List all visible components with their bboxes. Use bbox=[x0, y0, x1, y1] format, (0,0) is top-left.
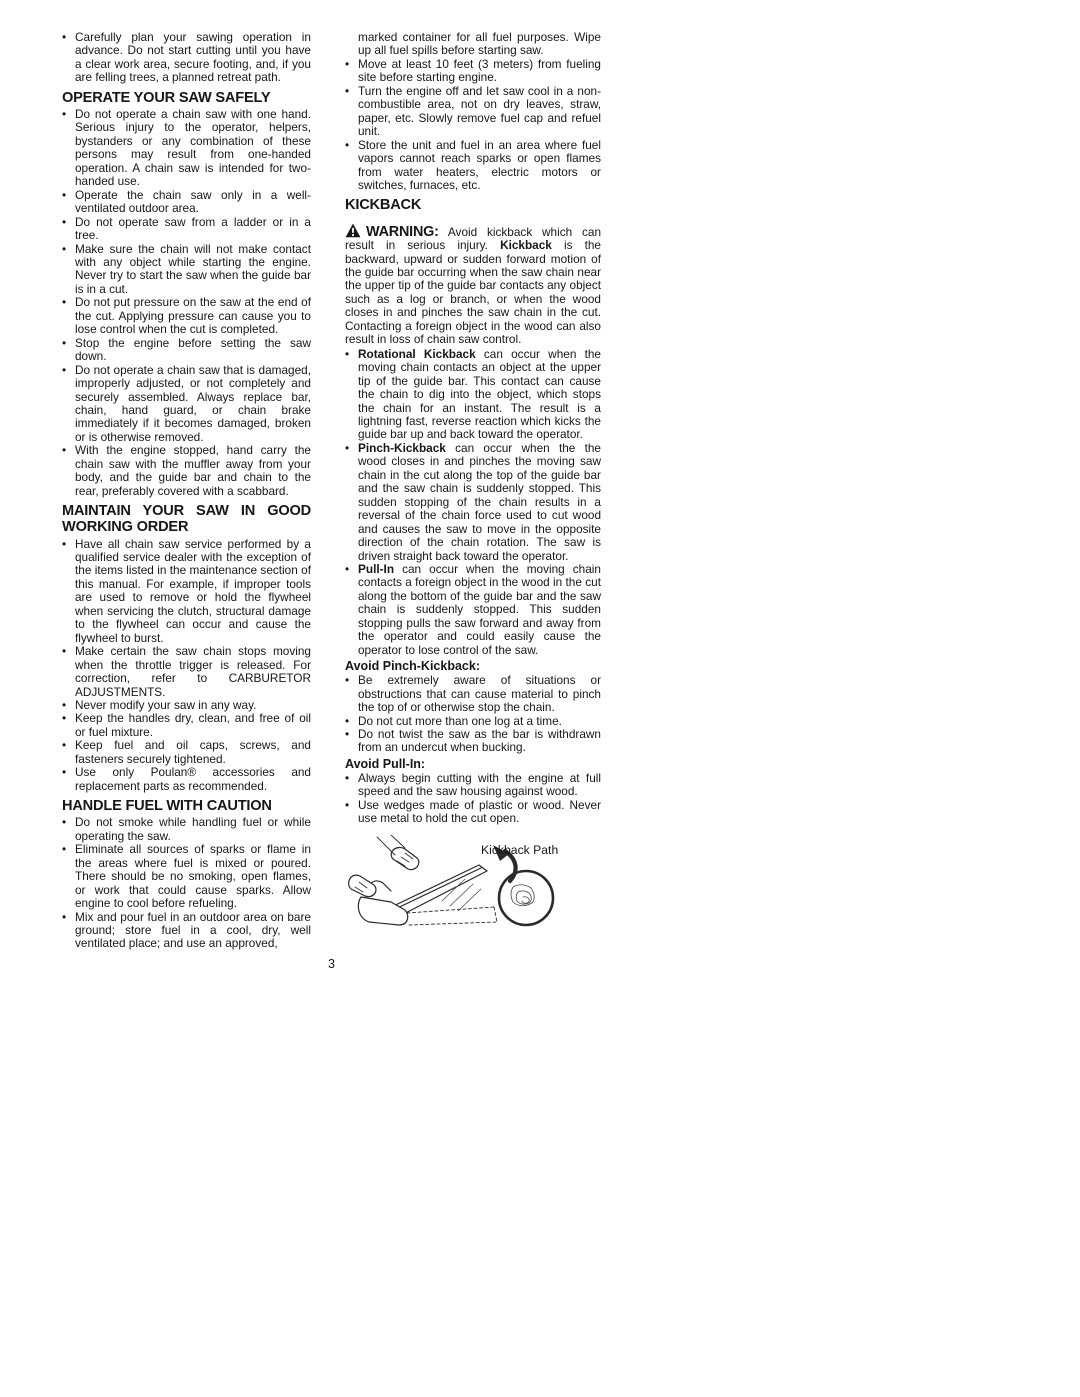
right-column: marked container for all fuel purposes. … bbox=[345, 31, 601, 937]
list-item: Have all chain saw service performed by … bbox=[62, 538, 311, 646]
warning-text: Kickback bbox=[500, 238, 552, 252]
list-item: Do not operate a chain saw with one hand… bbox=[62, 108, 311, 189]
paragraph-continuation: marked container for all fuel purposes. … bbox=[345, 31, 601, 58]
bullet-text: Store the unit and fuel in an area where… bbox=[358, 138, 601, 192]
list-item: Move at least 10 feet (3 meters) from fu… bbox=[345, 58, 601, 85]
manual-page: Carefully plan your sawing operation in … bbox=[0, 0, 1080, 1397]
bullet-list: Always begin cutting with the engine at … bbox=[345, 772, 601, 826]
bullet-text: Do not operate saw from a ladder or in a… bbox=[75, 215, 311, 242]
bullet-lead: Pull-In bbox=[358, 562, 394, 576]
list-item: Mix and pour fuel in an outdoor area on … bbox=[62, 911, 311, 951]
list-item: With the engine stopped, hand carry the … bbox=[62, 444, 311, 498]
bullet-text: Turn the engine off and let saw cool in … bbox=[358, 84, 601, 138]
list-item: Rotational Kickback can occur when the m… bbox=[345, 348, 601, 442]
bullet-text: Never modify your saw in any way. bbox=[75, 698, 256, 712]
list-item: Do not smoke while handling fuel or whil… bbox=[62, 816, 311, 843]
list-item: Keep fuel and oil caps, screws, and fast… bbox=[62, 739, 311, 766]
bullet-text: With the engine stopped, hand carry the … bbox=[75, 443, 311, 497]
bullet-text: Do not smoke while handling fuel or whil… bbox=[75, 815, 311, 842]
bullet-text: Move at least 10 feet (3 meters) from fu… bbox=[358, 57, 601, 84]
list-item: Operate the chain saw only in a well-ven… bbox=[62, 189, 311, 216]
bullet-text: Have all chain saw service performed by … bbox=[75, 537, 311, 645]
figure-caption: Kickback Path bbox=[481, 844, 558, 857]
section-heading: MAINTAIN YOUR SAW IN GOOD WORKING ORDER bbox=[62, 503, 311, 535]
list-item: Eliminate all sources of sparks or flame… bbox=[62, 843, 311, 910]
bullet-text: can occur when the moving chain contacts… bbox=[358, 562, 601, 657]
bullet-list: Be extremely aware of situations or obst… bbox=[345, 674, 601, 755]
list-item: Use wedges made of plastic or wood. Neve… bbox=[345, 799, 601, 826]
warning-icon bbox=[345, 223, 361, 238]
bullet-text: Use wedges made of plastic or wood. Neve… bbox=[358, 798, 601, 825]
list-item: Be extremely aware of situations or obst… bbox=[345, 674, 601, 714]
list-item: Store the unit and fuel in an area where… bbox=[345, 139, 601, 193]
list-item: Pull-In can occur when the moving chain … bbox=[345, 563, 601, 657]
bullet-text: Use only Poulan® accessories and replace… bbox=[75, 765, 311, 792]
warning-note: WARNING: Avoid kickback which can result… bbox=[345, 223, 601, 347]
bullet-text: Do not put pressure on the saw at the en… bbox=[75, 295, 311, 336]
section-heading: HANDLE FUEL WITH CAUTION bbox=[62, 798, 311, 814]
bullet-text: Keep fuel and oil caps, screws, and fast… bbox=[75, 738, 311, 765]
bullet-text: Eliminate all sources of sparks or flame… bbox=[75, 842, 311, 910]
bullet-text: can occur when the moving chain contacts… bbox=[358, 347, 601, 442]
list-item: Do not cut more than one log at a time. bbox=[345, 715, 601, 728]
bullet-text: Always begin cutting with the engine at … bbox=[358, 771, 601, 798]
bullet-text: Make sure the chain will not make contac… bbox=[75, 242, 311, 296]
section-heading: KICKBACK bbox=[345, 197, 601, 213]
list-item: Stop the engine before setting the saw d… bbox=[62, 337, 311, 364]
page-number: 3 bbox=[62, 957, 601, 971]
bullet-lead: Rotational Kickback bbox=[358, 347, 476, 361]
list-item: Pinch-Kickback can occur when the the wo… bbox=[345, 442, 601, 563]
list-item: Do not operate a chain saw that is damag… bbox=[62, 364, 311, 445]
bullet-text: Mix and pour fuel in an outdoor area on … bbox=[75, 910, 311, 951]
list-item: Do not put pressure on the saw at the en… bbox=[62, 296, 311, 336]
bullet-list: Carefully plan your sawing operation in … bbox=[62, 31, 311, 85]
bullet-list: Do not smoke while handling fuel or whil… bbox=[62, 816, 311, 951]
bullet-text: Do not operate a chain saw that is damag… bbox=[75, 363, 311, 444]
bullet-text: Be extremely aware of situations or obst… bbox=[358, 673, 601, 714]
list-item: Always begin cutting with the engine at … bbox=[345, 772, 601, 799]
list-item: Turn the engine off and let saw cool in … bbox=[345, 85, 601, 139]
list-item: Make certain the saw chain stops moving … bbox=[62, 645, 311, 699]
bullet-text: Do not cut more than one log at a time. bbox=[358, 714, 562, 728]
list-item: Do not twist the saw as the bar is withd… bbox=[345, 728, 601, 755]
bullet-list: Rotational Kickback can occur when the m… bbox=[345, 348, 601, 657]
bullet-text: Do not twist the saw as the bar is withd… bbox=[358, 727, 601, 754]
list-item: Never modify your saw in any way. bbox=[62, 699, 311, 712]
bullet-lead: Pinch-Kickback bbox=[358, 441, 446, 455]
bullet-text: Carefully plan your sawing operation in … bbox=[75, 30, 311, 84]
bullet-text: Make certain the saw chain stops moving … bbox=[75, 644, 311, 698]
bullet-text: Stop the engine before setting the saw d… bbox=[75, 336, 311, 363]
section-heading: Avoid Pinch-Kickback: bbox=[345, 659, 601, 673]
list-item: Use only Poulan® accessories and replace… bbox=[62, 766, 311, 793]
kickback-figure: Kickback Path bbox=[345, 835, 601, 937]
bullet-text: Keep the handles dry, clean, and free of… bbox=[75, 711, 311, 738]
list-item: Do not operate saw from a ladder or in a… bbox=[62, 216, 311, 243]
left-column: Carefully plan your sawing operation in … bbox=[62, 31, 311, 951]
bullet-text: Do not operate a chain saw with one hand… bbox=[75, 107, 311, 188]
warning-text: is the backward, upward or sudden forwar… bbox=[345, 238, 601, 346]
list-item: Carefully plan your sawing operation in … bbox=[62, 31, 311, 85]
chainsaw-illustration bbox=[347, 835, 597, 937]
section-heading: OPERATE YOUR SAW SAFELY bbox=[62, 90, 311, 106]
list-item: Keep the handles dry, clean, and free of… bbox=[62, 712, 311, 739]
bullet-text: Operate the chain saw only in a well-ven… bbox=[75, 188, 311, 215]
bullet-list: Do not operate a chain saw with one hand… bbox=[62, 108, 311, 498]
list-item: Make sure the chain will not make contac… bbox=[62, 243, 311, 297]
bullet-text: can occur when the the wood closes in an… bbox=[358, 441, 601, 563]
bullet-list: Move at least 10 feet (3 meters) from fu… bbox=[345, 58, 601, 193]
section-heading: Avoid Pull-In: bbox=[345, 757, 601, 771]
bullet-list: Have all chain saw service performed by … bbox=[62, 538, 311, 794]
